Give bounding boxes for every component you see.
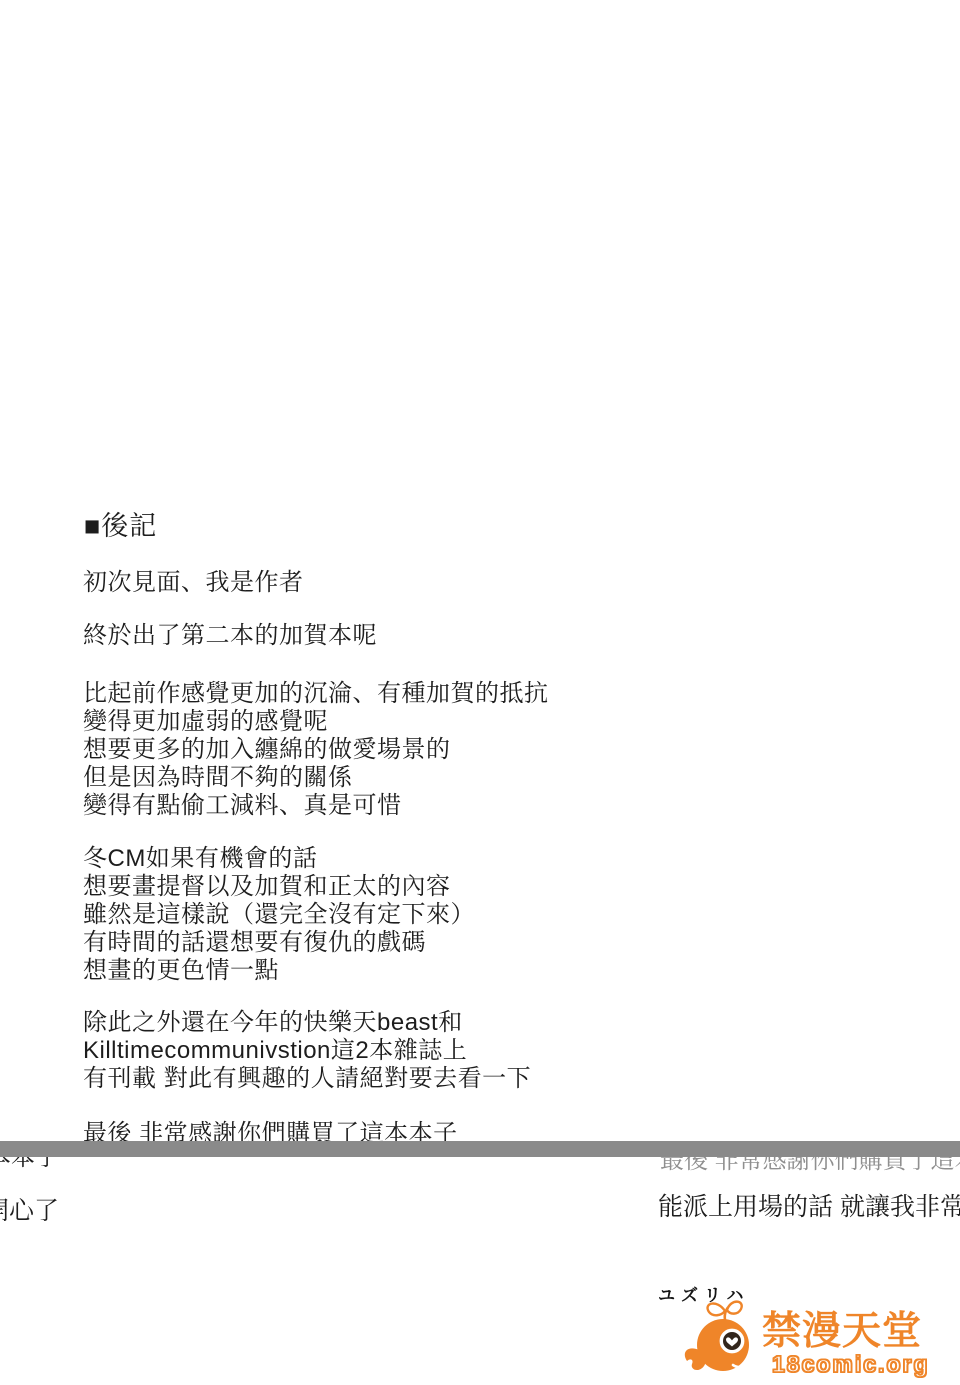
afterword-line: 有刊載 對此有興趣的人請絕對要去看一下: [83, 1065, 531, 1093]
afterword-line: 冬CM如果有機會的話: [83, 845, 475, 873]
afterword-line: 變得更加虛弱的感覺呢: [83, 708, 549, 736]
afterword-line: 雖然是這樣說（還完全沒有定下來）: [83, 901, 475, 929]
afterword-line: 想要更多的加入纏綿的做愛場景的: [83, 736, 549, 764]
afterword-line: 有時間的話還想要有復仇的戲碼: [83, 929, 475, 957]
fragment-left-line-2: 開心了: [0, 1197, 59, 1226]
afterword-heading: ■後記: [84, 511, 157, 541]
afterword-paragraph-5: 除此之外還在今年的快樂天beast和 Killtimecommunivstion…: [83, 1009, 531, 1093]
afterword-line: 想要畫提督以及加賀和正太的內容: [83, 873, 475, 901]
whale-mascot-icon: [682, 1298, 762, 1385]
afterword-line: 變得有點偷工減料、真是可惜: [83, 792, 549, 820]
afterword-line: 初次見面、我是作者: [83, 569, 304, 597]
afterword-line: 比起前作感覺更加的沉淪、有種加賀的抵抗: [83, 680, 549, 708]
watermark-site-name: 禁漫天堂: [762, 1312, 922, 1352]
afterword-paragraph-4: 冬CM如果有機會的話 想要畫提督以及加賀和正太的內容 雖然是這樣說（還完全沒有定…: [83, 845, 475, 985]
watermark-logo: 禁漫天堂 18comic.org: [682, 1298, 960, 1385]
afterword-paragraph-3: 比起前作感覺更加的沉淪、有種加賀的抵抗 變得更加虛弱的感覺呢 想要更多的加入纏綿…: [83, 680, 549, 820]
afterword-line: 終於出了第二本的加賀本呢: [83, 622, 377, 650]
afterword-page: ■後記 初次見面、我是作者 終於出了第二本的加賀本呢 比起前作感覺更加的沉淪、有…: [0, 0, 960, 1385]
scan-divider-bar: [0, 1141, 960, 1157]
afterword-line: 想畫的更色情一點: [83, 957, 475, 985]
watermark-site-url: 18comic.org: [772, 1352, 930, 1376]
afterword-paragraph-2: 終於出了第二本的加賀本呢: [83, 622, 377, 650]
afterword-line: 除此之外還在今年的快樂天beast和: [83, 1009, 531, 1037]
afterword-paragraph-1: 初次見面、我是作者: [83, 569, 304, 597]
afterword-line: Killtimecommunivstion這2本雜誌上: [83, 1037, 531, 1065]
afterword-line: 但是因為時間不夠的關係: [83, 764, 549, 792]
fragment-right-line-2: 能派上用場的話 就讓我非常開心了: [658, 1193, 960, 1222]
